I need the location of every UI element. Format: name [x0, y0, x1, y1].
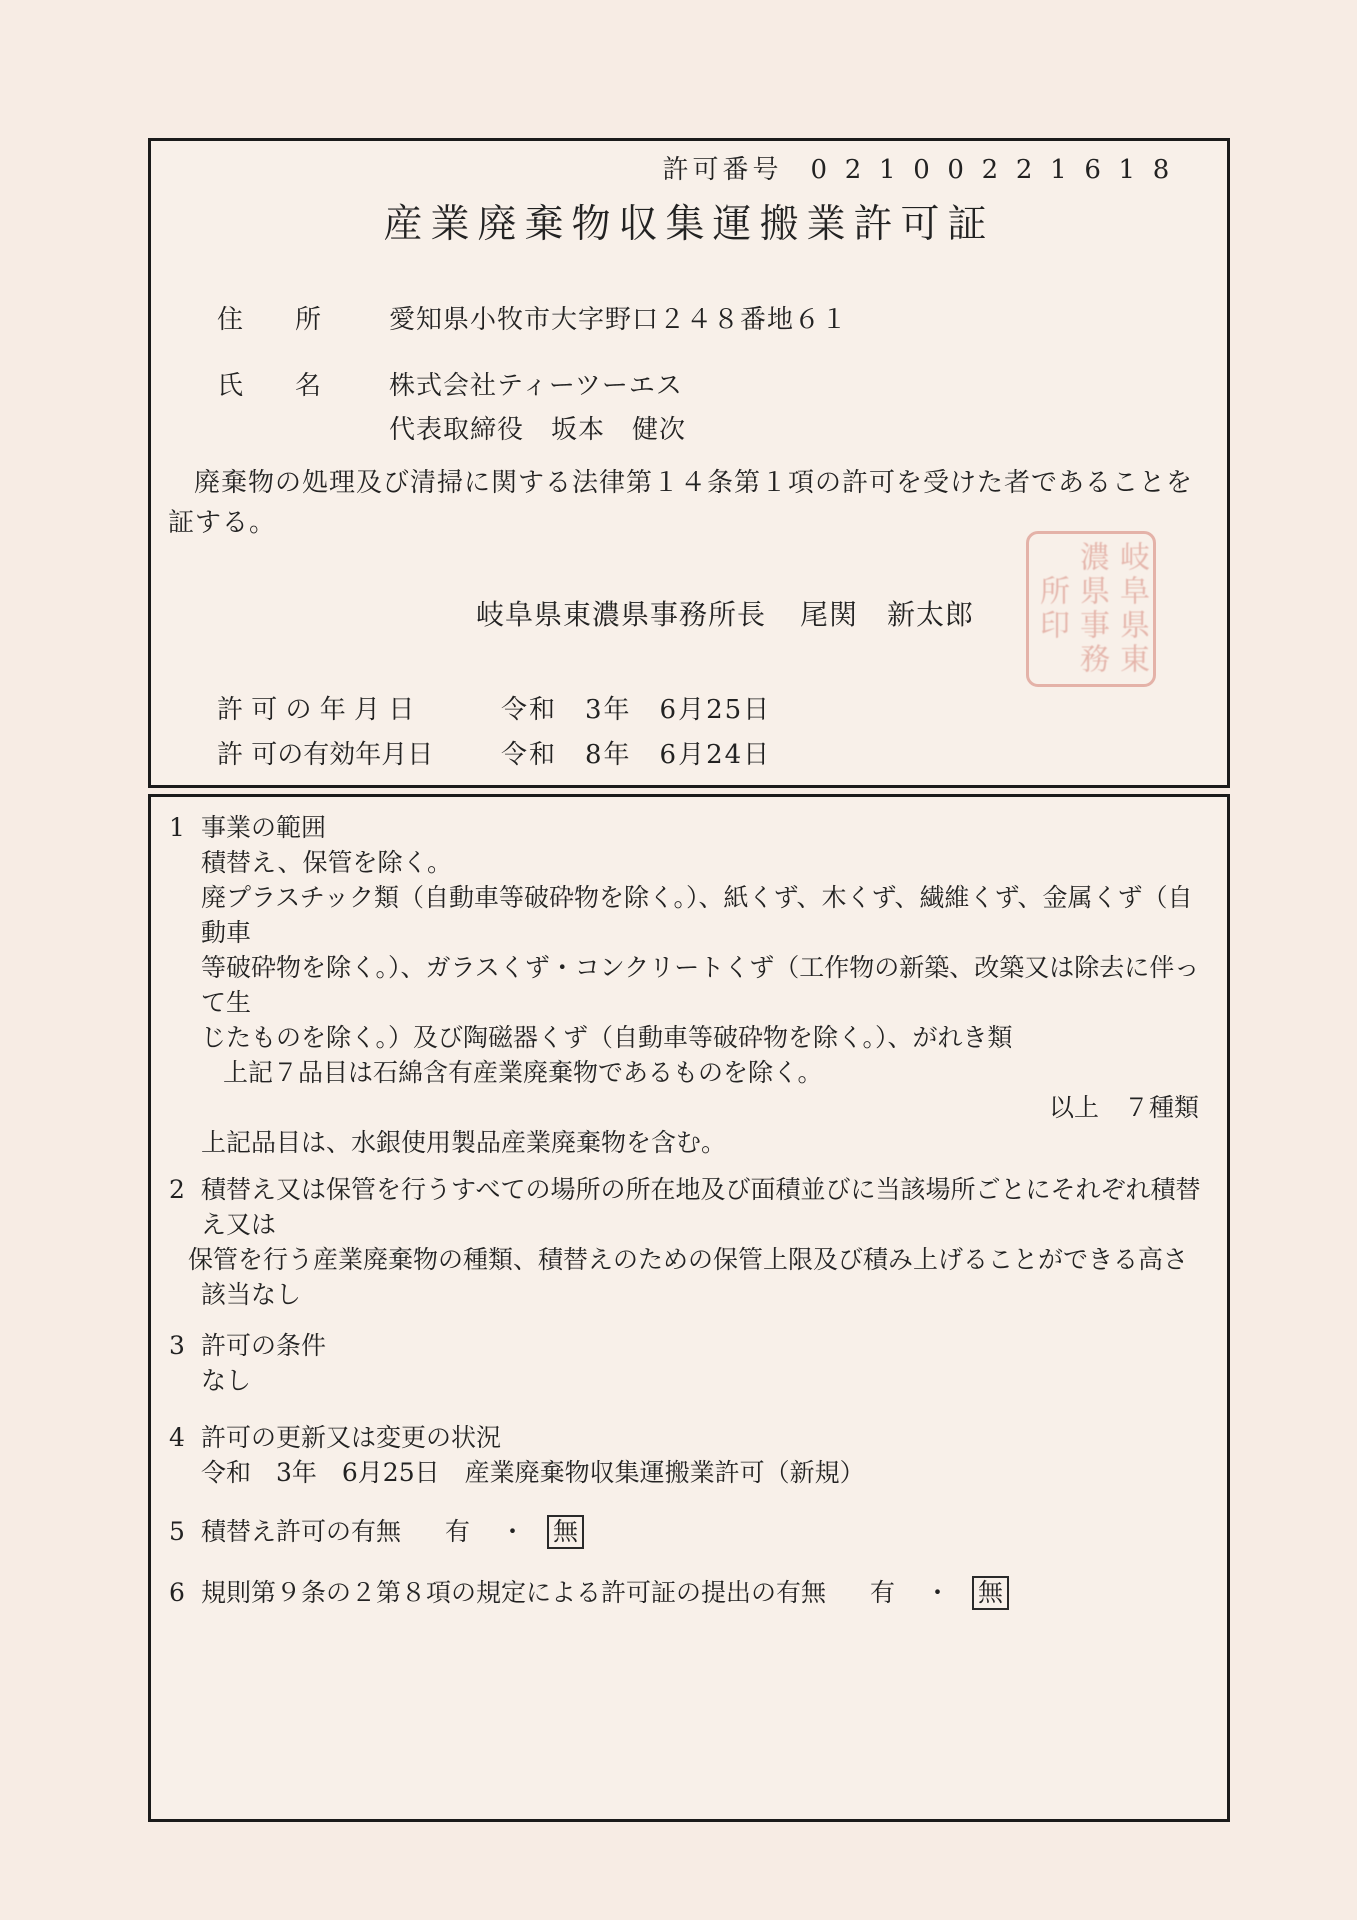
section-4-number: 4 [165, 1420, 201, 1490]
permit-number-value: 02100221618 [811, 155, 1187, 185]
scanned-permit-document: { "header": { "permit_no": { "label": "許… [0, 0, 1357, 1920]
section-5-option-no-boxed: 無 [547, 1515, 584, 1549]
section-transfer-permit-yesno: 5 積替え許可の有無有・無 [165, 1514, 1207, 1549]
official-red-seal-text: 岐阜県東濃県事務所印 [1031, 534, 1151, 684]
section-1-heading: 事業の範囲 [201, 810, 1207, 845]
section-1-body: 事業の範囲 積替え、保管を除く。 廃プラスチック類（自動車等破砕物を除く。）、紙… [201, 810, 1207, 1160]
section-certificate-submission-yesno: 6 規則第９条の２第８項の規定による許可証の提出の有無有・無 [165, 1575, 1207, 1610]
section-4-history-line: 令和 3年 6月25日 産業廃棄物収集運搬業許可（新規） [201, 1455, 1207, 1490]
section-6-option-no-boxed: 無 [972, 1576, 1009, 1610]
section-6-body: 規則第９条の２第８項の規定による許可証の提出の有無有・無 [201, 1575, 1207, 1610]
section-5-option-yes: 有 [445, 1517, 470, 1546]
section-1-number: 1 [165, 810, 201, 1160]
section-1-line3: 等破砕物を除く。）、ガラスくず・コンクリートくず（工作物の新築、改築又は除去に伴… [201, 950, 1207, 1020]
address-row: 住 所愛知県小牧市大字野口２４８番地６１ [217, 299, 848, 336]
section-business-scope: 1 事業の範囲 積替え、保管を除く。 廃プラスチック類（自動車等破砕物を除く。）… [165, 810, 1207, 1160]
official-red-seal: 岐阜県東濃県事務所印 [1026, 531, 1156, 687]
section-3-body: 許可の条件 なし [201, 1328, 1207, 1398]
permit-header-box: 許可番号02100221618 産業廃棄物収集運搬業許可証 住 所愛知県小牧市大… [148, 138, 1230, 788]
address-label: 住 所 [217, 299, 347, 336]
grant-date-label: 許 可 の 年 月 日 [217, 689, 455, 726]
issuer-name: 尾関 新太郎 [800, 598, 974, 631]
section-4-heading: 許可の更新又は変更の状況 [201, 1420, 1207, 1455]
section-5-number: 5 [165, 1514, 201, 1549]
section-1-mercury-note: 上記品目は、水銀使用製品産業廃棄物を含む。 [201, 1125, 1207, 1160]
permit-number-label: 許可番号 [663, 155, 783, 185]
section-6-option-separator: ・ [925, 1578, 950, 1607]
grant-date-value: 令和 3年 6月25日 [501, 695, 771, 725]
section-permit-conditions: 3 許可の条件 なし [165, 1328, 1207, 1398]
section-3-heading: 許可の条件 [201, 1328, 1207, 1363]
permit-number-row: 許可番号02100221618 [663, 149, 1187, 186]
section-6-option-yes: 有 [870, 1578, 895, 1607]
section-4-body: 許可の更新又は変更の状況 令和 3年 6月25日 産業廃棄物収集運搬業許可（新規… [201, 1420, 1207, 1490]
section-1-line4: じたものを除く。）及び陶磁器くず（自動車等破砕物を除く。）、がれき類 [201, 1020, 1207, 1055]
section-2-body: 積替え又は保管を行うすべての場所の所在地及び面積並びに当該場所ごとにそれぞれ積替… [201, 1172, 1207, 1312]
expiry-date-row: 許 可の有効年月日令和 8年 6月24日 [217, 734, 771, 779]
section-6-heading: 規則第９条の２第８項の規定による許可証の提出の有無 [201, 1578, 826, 1607]
section-3-answer: なし [201, 1363, 1207, 1398]
section-2-line2: 保管を行う産業廃棄物の種類、積替えのための保管上限及び積み上げることができる高さ [188, 1242, 1207, 1277]
issuer-row: 岐阜県東濃県事務所長尾関 新太郎 [476, 593, 974, 633]
section-5-heading: 積替え許可の有無 [201, 1517, 401, 1546]
section-2-answer: 該当なし [201, 1277, 1207, 1312]
section-6-number: 6 [165, 1575, 201, 1610]
permit-detail-box: 1 事業の範囲 積替え、保管を除く。 廃プラスチック類（自動車等破砕物を除く。）… [148, 794, 1230, 1822]
section-transfer-storage: 2 積替え又は保管を行うすべての場所の所在地及び面積並びに当該場所ごとにそれぞれ… [165, 1172, 1207, 1312]
section-2-line1: 積替え又は保管を行うすべての場所の所在地及び面積並びに当該場所ごとにそれぞれ積替… [201, 1172, 1207, 1242]
section-5-option-separator: ・ [500, 1517, 525, 1546]
holder-name-label: 氏 名 [217, 365, 347, 402]
section-1-total-kinds: 以上 ７種類 [201, 1090, 1207, 1125]
document-title: 産業廃棄物収集運搬業許可証 [151, 193, 1227, 249]
issuer-office: 岐阜県東濃県事務所長 [476, 598, 766, 631]
expiry-date-label: 許 可の有効年月日 [217, 734, 455, 771]
section-renewal-status: 4 許可の更新又は変更の状況 令和 3年 6月25日 産業廃棄物収集運搬業許可（… [165, 1420, 1207, 1490]
permit-detail-content: 1 事業の範囲 積替え、保管を除く。 廃プラスチック類（自動車等破砕物を除く。）… [151, 797, 1227, 1610]
certification-statement-line1: 廃棄物の処理及び清掃に関する法律第１４条第１項の許可を受けた者であることを [168, 463, 1210, 503]
section-1-line2: 廃プラスチック類（自動車等破砕物を除く。）、紙くず、木くず、繊維くず、金属くず（… [201, 880, 1207, 950]
section-5-body: 積替え許可の有無有・無 [201, 1514, 1207, 1549]
grant-date-row: 許 可 の 年 月 日令和 3年 6月25日 [217, 689, 771, 734]
holder-company: 株式会社ティーツーエス [389, 371, 683, 401]
address-value: 愛知県小牧市大字野口２４８番地６１ [389, 305, 848, 335]
expiry-date-value: 令和 8年 6月24日 [501, 740, 771, 770]
date-rows: 許 可 の 年 月 日令和 3年 6月25日 許 可の有効年月日令和 8年 6月… [217, 689, 771, 779]
section-1-line1: 積替え、保管を除く。 [201, 845, 1207, 880]
holder-representative: 代表取締役 坂本 健次 [389, 409, 686, 446]
section-1-asbestos-note: 上記７品目は石綿含有産業廃棄物であるものを除く。 [223, 1055, 1207, 1090]
section-3-number: 3 [165, 1328, 201, 1398]
holder-name-row: 氏 名株式会社ティーツーエス [217, 365, 683, 402]
